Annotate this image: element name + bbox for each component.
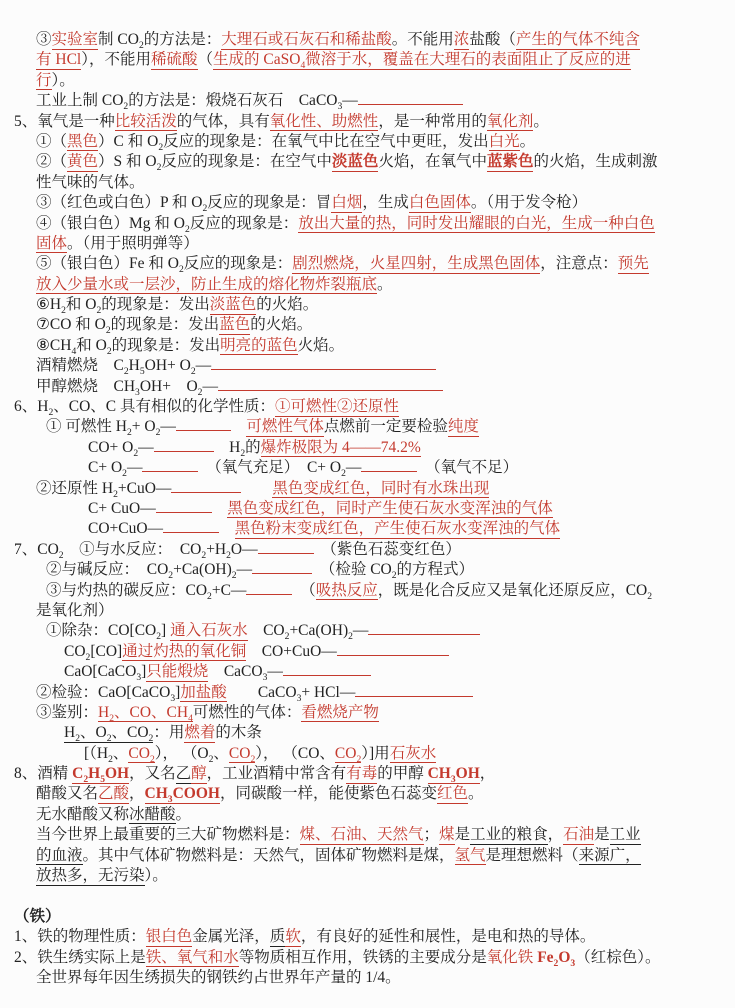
text-run: 可燃性的气体： xyxy=(193,704,302,721)
text-run: 银白色 xyxy=(146,928,193,947)
chem-subscript: 3 xyxy=(170,693,175,704)
doc-line: 无水醋酸又称冰醋酸。 xyxy=(0,805,735,825)
doc-line: 性气味的气体。 xyxy=(0,173,735,193)
text-run: 酒精燃烧 C2H5OH+ O2— xyxy=(36,357,211,374)
doc-line: CO+ O2— H2的爆炸极限为 4——74.2% xyxy=(0,438,735,458)
text-run: 剧烈燃烧，火星四射，生成黑色固体 xyxy=(292,255,540,274)
text-run: 铁、氧气和水 xyxy=(146,949,239,968)
text-run: ③ xyxy=(36,31,52,48)
text-run: ①除杂：CO[CO2] xyxy=(46,622,170,639)
text-run: 红色 xyxy=(437,785,468,804)
chem-subscript: 3 xyxy=(263,672,268,683)
text-run: 是 xyxy=(455,826,471,843)
doc-line: 是氧化剂） xyxy=(0,601,735,621)
text-run: 金属光泽， xyxy=(192,928,270,945)
text-run: ，是一种常用的 xyxy=(378,113,487,130)
text-run: 7、CO2 ①与水反应： CO2+H2O— xyxy=(14,541,258,558)
text-run: 生成的 CaSO4微溶于水，覆盖在大理石的表面阻止了反应的进 xyxy=(213,51,631,70)
text-run: 工业上制 CO2的方法是：煅烧石灰石 CaCO3— xyxy=(36,92,358,109)
text-run: 石灰水 xyxy=(390,745,437,764)
text-run: ）S 和 O2反应的现象是：在空气中 xyxy=(98,153,332,170)
doc-line: H2、O2、CO2：用燃着的木条 xyxy=(0,723,735,743)
text-run: ⑥H2和 O2的现象是：发出 xyxy=(36,296,210,313)
doc-line: 工业上制 CO2的方法是：煅烧石灰石 CaCO3— xyxy=(0,91,735,111)
text-run: CO+CuO— xyxy=(88,520,163,537)
text-run: 的火焰。 xyxy=(250,316,312,333)
text-run: 燃着 xyxy=(184,724,215,743)
text-run xyxy=(231,418,247,435)
text-run: ④（银白色）Mg 和 O2反应的现象是： xyxy=(36,215,298,232)
chem-subscript: 2 xyxy=(392,570,397,581)
text-run: 。（用于照明弹等） xyxy=(67,235,199,252)
text-run: 预先 xyxy=(618,255,649,274)
doc-line: ⑧CH4和 O2的现象是：发出明亮的蓝色火焰。 xyxy=(0,336,735,356)
chem-subscript: 3 xyxy=(337,101,342,112)
text-run: 只能煅烧 xyxy=(146,663,208,682)
text-run: 8、酒精 xyxy=(14,765,72,782)
chem-subscript: 2 xyxy=(341,468,346,479)
text-run: 当今世界上最重要的三大矿物燃料是： xyxy=(36,826,300,843)
chem-subscript: 2 xyxy=(647,591,652,602)
text-run: 是理想燃料（ xyxy=(486,847,579,864)
fill-in-blank-underline xyxy=(156,500,212,513)
text-run: 是氧化剂） xyxy=(36,602,114,619)
text-run: 蓝紫色 xyxy=(487,153,534,172)
fill-in-blank-underline xyxy=(258,541,314,554)
text-run: ⑧CH4和 O2的现象是：发出 xyxy=(36,337,220,354)
text-run: 看燃烧产物 xyxy=(301,704,379,723)
text-run: ，生成 xyxy=(362,194,409,211)
text-run: 稀硫酸 xyxy=(151,51,198,70)
doc-line: CaO[CaCO3]只能煅烧 CaCO3— xyxy=(0,662,735,682)
text-run: 实验室 xyxy=(52,31,99,50)
fill-in-blank-underline xyxy=(246,582,292,595)
chem-subscript: 2 xyxy=(207,591,212,602)
text-run: 。不能用 xyxy=(392,31,454,48)
text-run: ①（ xyxy=(36,133,67,150)
text-run: （检验 CO2的方程式） xyxy=(312,561,474,578)
chem-subscript: 2 xyxy=(124,366,129,377)
text-run: 纯度 xyxy=(448,418,479,437)
text-run: 白光 xyxy=(489,133,520,152)
text-run: 蓝色 xyxy=(219,316,250,335)
text-run: ① 可燃性 H2+ O2— xyxy=(46,418,176,435)
doc-line: 2、铁生绣实际上是铁、氧气和水等物质相互作用，铁锈的主要成分是氧化铁 Fe2O3… xyxy=(0,948,735,968)
text-run: ）， （CO、 xyxy=(255,745,335,762)
text-run: [（H2、 xyxy=(84,745,128,762)
text-run: Fe2O3 xyxy=(537,949,575,966)
doc-line: ②检验：CaO[CaCO3]加盐酸 CaCO3+ HCl— xyxy=(0,683,735,703)
text-run: 的血液 xyxy=(36,847,83,866)
doc-line: C+ CuO— 黑色变成红色，同时产生使石灰水变浑浊的气体 xyxy=(0,499,735,519)
chem-subscript: 2 xyxy=(156,631,161,642)
chem-subscript: 2 xyxy=(157,162,162,173)
doc-line: （铁） xyxy=(0,907,735,927)
fill-in-blank-underline xyxy=(252,561,312,574)
text-run: ③（红色或白色）P 和 O2反应的现象是：冒 xyxy=(36,194,331,211)
doc-line: CO2[CO]通过灼热的氧化铜 CO+CuO— xyxy=(0,642,735,662)
doc-line: ③实验室制 CO2的方法是：大理石或石灰石和稀盐酸。不能用浓盐酸（产生的气体不纯… xyxy=(0,30,735,50)
text-run: 火焰。 xyxy=(298,337,345,354)
text-run: 黄色 xyxy=(67,153,98,172)
text-run: 制 CO2的方法是： xyxy=(98,31,221,48)
text-run: （ xyxy=(198,51,214,68)
text-run: ，有良好的延性和展性，是电和热的导体。 xyxy=(301,928,596,945)
text-run: 通入石灰水 xyxy=(170,622,248,641)
text-run: CaCO3— xyxy=(208,663,283,680)
doc-line: 1、铁的物理性质：银白色金属光泽，质软，有良好的延性和展性，是电和热的导体。 xyxy=(0,927,735,947)
text-run: 的气体，具有 xyxy=(177,113,270,130)
doc-line: ③（红色或白色）P 和 O2反应的现象是：冒白烟，生成白色固体。（用于发令枪） xyxy=(0,193,735,213)
text-run: H2、O2、CO2 xyxy=(64,724,153,743)
text-run: ， xyxy=(129,785,145,802)
text-run xyxy=(241,480,272,497)
doc-line: ②（黄色）S 和 O2反应的现象是：在空气中淡蓝色火焰，在氧气中蓝紫色的火焰，生… xyxy=(0,152,735,172)
text-run: H2、CO、CH4 xyxy=(98,704,193,723)
text-run: 放出大量的热，同时发出耀眼的白光，生成一种白色 xyxy=(298,215,655,234)
text-run: CO+ O2— xyxy=(88,439,154,456)
text-run: 黑色粉末变成红色，产生使石灰水变浑浊的气体 xyxy=(235,520,561,539)
text-run: CO2+Ca(OH)2— xyxy=(248,622,369,639)
chem-subscript: 2 xyxy=(348,631,353,642)
text-run: （铁） xyxy=(14,908,61,925)
text-run: ②与碱反应： CO2+Ca(OH)2— xyxy=(46,561,252,578)
text-run: （氧气不足） xyxy=(417,459,518,476)
text-run xyxy=(219,520,235,537)
chem-subscript: 2 xyxy=(285,631,290,642)
text-run: 6、H2、CO、C 具有相似的化学性质： xyxy=(14,398,275,415)
text-run: ， xyxy=(480,765,496,782)
text-run: 盐酸（ xyxy=(469,31,516,48)
text-run: ，工业酒精中常含有 xyxy=(207,765,347,782)
doc-line: 7、CO2 ①与水反应： CO2+H2O— （紫色石蕊变红色） xyxy=(0,540,735,560)
chem-subscript: 2 xyxy=(232,570,237,581)
chem-subscript: 2 xyxy=(185,224,190,235)
doc-line: ②与碱反应： CO2+Ca(OH)2— （检验 CO2的方程式） xyxy=(0,560,735,580)
text-run: 白烟 xyxy=(331,194,362,213)
text-run: 淡蓝色 xyxy=(332,153,379,172)
text-run: 氢气 xyxy=(455,847,486,866)
text-run: 甲醇燃烧 CH3OH+ O2— xyxy=(36,378,218,395)
text-run: 5、氧气是一种 xyxy=(14,113,115,130)
text-run: 比较活泼 xyxy=(115,113,177,132)
text-run: ，注意点： xyxy=(540,255,618,272)
text-run: CaO[CaCO3] xyxy=(64,663,146,680)
text-run: 氧化铁 xyxy=(487,949,537,966)
chem-subscript: 3 xyxy=(136,672,141,683)
doc-line: ①（黑色）C 和 O2反应的现象是：在氧气中比在空气中更旺，发出白光。 xyxy=(0,132,735,152)
text-run: ）C 和 O2反应的现象是：在氧气中比在空气中更旺，发出 xyxy=(98,133,489,150)
text-run: C+ CuO— xyxy=(88,500,156,517)
doc-line: 的血液。其中气体矿物燃料是：天然气，固体矿物燃料是煤，氢气是理想燃料（来源广， xyxy=(0,846,735,866)
text-run: 放热多，无污染 xyxy=(36,867,145,886)
text-run: ， xyxy=(548,826,564,843)
text-run: CO+CuO— xyxy=(246,643,337,660)
doc-line: 甲醇燃烧 CH3OH+ O2— xyxy=(0,377,735,397)
text-run: CO2[CO] xyxy=(64,643,122,660)
text-run: 爆炸极限为 4——74.2% xyxy=(261,439,421,458)
text-run: 大理石或石灰石和稀盐酸 xyxy=(221,31,392,50)
text-run: 煤 xyxy=(439,826,455,845)
fill-in-blank-underline xyxy=(171,480,241,493)
fill-in-blank-underline xyxy=(211,357,436,370)
text-run: 有 HCl xyxy=(36,51,81,70)
text-run: ②检验：CaO[CaCO3] xyxy=(36,684,180,701)
text-run: 性气味的气体。 xyxy=(36,174,145,191)
text-run: CH3OH xyxy=(428,765,480,784)
text-run: 的火焰，生成刺激 xyxy=(533,153,657,170)
text-run: 醋酸又名 xyxy=(36,785,98,802)
text-run: CaCO3+ HCl— xyxy=(227,684,356,701)
doc-line: ②还原性 H2+CuO— 黑色变成红色，同时有水珠出现 xyxy=(0,479,735,499)
text-run: 点燃前一定要检验 xyxy=(324,418,448,435)
doc-line: 放热多，无污染）。 xyxy=(0,866,735,886)
chem-subscript: 2 xyxy=(123,101,128,112)
fill-in-blank-underline xyxy=(358,92,463,105)
text-run: 黑色变成红色，同时产生使石灰水变浑浊的气体 xyxy=(227,500,553,519)
text-run: ）]用 xyxy=(361,745,389,762)
text-run: 醇 xyxy=(191,765,207,784)
chem-subscript: 2 xyxy=(122,468,127,479)
chem-subscript: 2 xyxy=(106,326,111,337)
doc-line: ③与灼热的碳反应：CO2+C— （吸热反应，既是化合反应又是氧化还原反应，CO2 xyxy=(0,581,735,601)
text-run: 来源广， xyxy=(579,847,641,866)
text-run: 。（用于发令枪） xyxy=(471,194,587,211)
text-run: ）。 xyxy=(52,72,75,89)
chem-subscript: 2 xyxy=(179,264,184,275)
fill-in-blank-underline xyxy=(163,520,219,533)
fill-in-blank-underline xyxy=(218,378,443,391)
doc-line: ③鉴别：H2、CO、CH4可燃性的气体：看燃烧产物 xyxy=(0,703,735,723)
text-run: ，同碳酸一样，能使紫色石蕊变 xyxy=(220,785,437,802)
doc-line: 酒精燃烧 C2H5OH+ O2— xyxy=(0,356,735,376)
text-run: C+ O2— xyxy=(88,459,142,476)
doc-line: CO+CuO— 黑色粉末变成红色，产生使石灰水变浑浊的气体 xyxy=(0,519,735,539)
text-run: 。 xyxy=(468,785,484,802)
text-run: 固体 xyxy=(36,235,67,254)
text-run: ，既是化合反应又是氧化还原反应，CO2 xyxy=(378,582,652,599)
blank-line xyxy=(0,886,735,906)
text-run: 白色固体 xyxy=(409,194,471,213)
text-run: C2H5OH xyxy=(72,765,129,784)
doc-line: 醋酸又名乙酸，CH3COOH，同碳酸一样，能使紫色石蕊变红色。 xyxy=(0,784,735,804)
chem-subscript: 3 xyxy=(297,693,302,704)
text-run: 通过灼热的氧化铜 xyxy=(122,643,246,662)
fill-in-blank-underline xyxy=(368,622,480,635)
chem-subscript: 4 xyxy=(300,60,305,71)
fill-in-blank-underline xyxy=(154,439,214,452)
text-run: 有毒 xyxy=(346,765,377,784)
text-run: （红棕色）。 xyxy=(575,949,660,966)
text-run: 产生的气体不纯含 xyxy=(516,31,640,50)
doc-line: 当今世界上最重要的三大矿物燃料是：煤、石油、天然气；煤是工业的粮食，石油是工业 xyxy=(0,825,735,845)
text-run: 软 xyxy=(285,928,301,947)
text-run: 无水醋酸又称 xyxy=(36,806,129,823)
text-run: 质 xyxy=(270,928,286,947)
chem-subscript: 2 xyxy=(107,733,112,744)
text-run: 可燃性气体 xyxy=(246,418,324,437)
text-run: 火焰，在氧气中 xyxy=(378,153,487,170)
text-run: CH3COOH xyxy=(145,785,220,804)
chem-subscript: 2 xyxy=(127,428,132,439)
chem-subscript: 2 xyxy=(75,733,80,744)
text-run: H2的 xyxy=(214,439,261,456)
doc-line: ⑤（银白色）Fe 和 O2反应的现象是：剧烈燃烧，火星四射，生成黑色固体，注意点… xyxy=(0,254,735,274)
doc-line: 行）。 xyxy=(0,71,735,91)
doc-line: ⑥H2和 O2的现象是：发出淡蓝色的火焰。 xyxy=(0,295,735,315)
chem-subscript: 3 xyxy=(168,795,173,806)
doc-line: [（H2、CO2）， （O2、CO2）， （CO、CO2）]用石灰水 xyxy=(0,744,735,764)
text-run: 明亮的蓝色 xyxy=(220,337,298,356)
text-run: CO2 xyxy=(128,745,154,764)
fill-in-blank-underline xyxy=(142,459,198,472)
text-run: 放入少量水或一层沙，防止生成的熔化物炸裂瓶底 xyxy=(36,276,377,295)
text-run: 。 xyxy=(377,276,393,293)
doc-line: 5、氧气是一种比较活泼的气体，具有氧化性、助燃性，是一种常用的氧化剂。 xyxy=(0,112,735,132)
chem-subscript: 5 xyxy=(140,366,145,377)
doc-line: C+ O2— （氧气充足） C+ O2— （氧气不足） xyxy=(0,458,735,478)
text-run: 的木条 xyxy=(215,724,262,741)
text-run: ⑤（银白色）Fe 和 O2反应的现象是： xyxy=(36,255,292,272)
text-run: 。其中气体矿物燃料是：天然气，固体矿物燃料是煤， xyxy=(83,847,455,864)
fill-in-blank-underline xyxy=(337,643,449,656)
text-run: 黑色变成红色，同时有水珠出现 xyxy=(272,480,489,499)
doc-line: ⑦CO 和 O2的现象是：发出蓝色的火焰。 xyxy=(0,315,735,335)
text-run: ③与灼热的碳反应：CO2+C— xyxy=(46,582,246,599)
text-run: 冰醋酸 xyxy=(129,806,176,825)
doc-line: 8、酒精 C2H5OH，又名乙醇，工业酒精中常含有有毒的甲醇 CH3OH， xyxy=(0,764,735,784)
text-run: 。 xyxy=(176,806,192,823)
text-run: 氧化性、助燃性 xyxy=(270,113,379,132)
fill-in-blank-underline xyxy=(355,684,473,697)
text-run: ； xyxy=(424,826,440,843)
text-run xyxy=(212,500,228,517)
text-run: ）， （O2、 xyxy=(155,745,229,762)
text-run: ①可燃性②还原性 xyxy=(275,398,399,417)
text-run: ②（ xyxy=(36,153,67,170)
text-run: ②还原性 H2+CuO— xyxy=(36,480,171,497)
doc-line: 6、H2、CO、C 具有相似的化学性质：①可燃性②还原性 xyxy=(0,397,735,417)
text-run: ）。 xyxy=(145,867,168,884)
chem-subscript: 2 xyxy=(203,203,208,214)
text-run: ：用 xyxy=(153,724,184,741)
chem-subscript: 2 xyxy=(554,958,559,969)
doc-line: ④（银白色）Mg 和 O2反应的现象是：放出大量的热，同时发出耀眼的白光，生成一… xyxy=(0,214,735,234)
text-run: 加盐酸 xyxy=(180,684,227,703)
fill-in-blank-underline xyxy=(283,663,371,676)
text-run: CO2 xyxy=(229,745,255,764)
text-run: （紫色石蕊变红色） xyxy=(314,541,461,558)
text-run: 乙 xyxy=(176,765,192,784)
chem-subscript: 2 xyxy=(156,428,161,439)
text-run: 黑色 xyxy=(67,133,98,152)
chem-subscript: 2 xyxy=(168,570,173,581)
text-run: CO2 xyxy=(335,745,361,764)
text-run: ⑦CO 和 O2的现象是：发出 xyxy=(36,316,219,333)
text-run: 的甲醇 xyxy=(377,765,427,782)
text-run: ），不能用 xyxy=(81,51,151,68)
doc-line: 有 HCl），不能用稀硫酸（生成的 CaSO4微溶于水，覆盖在大理石的表面阻止了… xyxy=(0,50,735,70)
text-run: 工业 xyxy=(610,826,641,845)
text-run: 1、铁的物理性质： xyxy=(14,928,146,945)
doc-line: 全世界每年因生绣损失的钢铁约占世界年产量的 1/4。 xyxy=(0,968,735,988)
text-run: 2、铁生绣实际上是 xyxy=(14,949,146,966)
doc-line: 放入少量水或一层沙，防止生成的熔化物炸裂瓶底。 xyxy=(0,275,735,295)
text-run: 。 xyxy=(533,113,549,130)
chem-subscript: 2 xyxy=(191,366,196,377)
text-run: 行 xyxy=(36,72,52,91)
text-run: 石油 xyxy=(563,826,594,845)
text-run: 乙酸 xyxy=(98,785,129,804)
doc-line: ①除杂：CO[CO2] 通入石灰水 CO2+Ca(OH)2— xyxy=(0,621,735,641)
text-run: 是 xyxy=(594,826,610,843)
text-run: 工业的粮食 xyxy=(470,826,548,845)
text-run: （氧气充足） C+ O2— xyxy=(198,459,361,476)
text-run: 。 xyxy=(520,133,536,150)
fill-in-blank-underline xyxy=(361,459,417,472)
text-run: 氧化剂 xyxy=(487,113,534,132)
document-page: ③实验室制 CO2的方法是：大理石或石灰石和稀盐酸。不能用浓盐酸（产生的气体不纯… xyxy=(0,0,735,1008)
doc-line: ① 可燃性 H2+ O2— 可燃性气体点燃前一定要检验纯度 xyxy=(0,417,735,437)
text-run: 浓 xyxy=(454,31,470,50)
fill-in-blank-underline xyxy=(176,418,231,431)
text-run: ，又名 xyxy=(129,765,176,782)
text-run: 等物质相互作用，铁锈的主要成分是 xyxy=(239,949,487,966)
text-run: 煤、石油、天然气 xyxy=(300,826,424,845)
text-run: 全世界每年因生绣损失的钢铁约占世界年产量的 1/4。 xyxy=(36,969,401,986)
text-run: 的火焰。 xyxy=(256,296,318,313)
text-run: ③鉴别： xyxy=(36,704,98,721)
text-run: 淡蓝色 xyxy=(210,296,257,315)
doc-line: 固体。（用于照明弹等） xyxy=(0,234,735,254)
document-content: ③实验室制 CO2的方法是：大理石或石灰石和稀盐酸。不能用浓盐酸（产生的气体不纯… xyxy=(0,30,735,988)
text-run: 吸热反应 xyxy=(316,582,378,601)
text-run: （ xyxy=(292,582,315,599)
